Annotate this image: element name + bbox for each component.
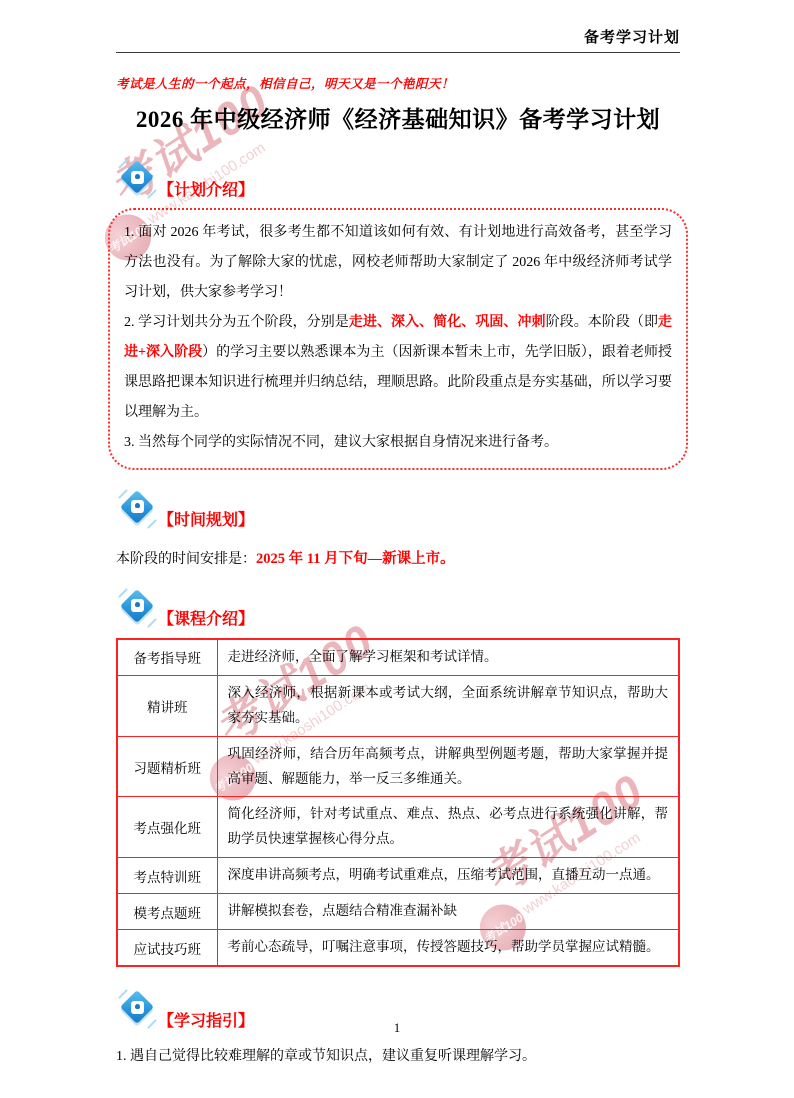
paragraph-3: 3. 当然每个同学的实际情况不同，建议大家根据自身情况来进行备考。 (124, 428, 672, 458)
course-desc: 考前心态疏导，叮嘱注意事项，传授答题技巧，帮助学员掌握应试精髓。 (217, 930, 679, 966)
diamond-section-icon (116, 488, 162, 530)
course-name: 考点强化班 (117, 797, 217, 858)
diamond-section-icon (116, 158, 162, 200)
time-plan-highlight: 2025 年 11 月下旬—新课上市。 (256, 551, 455, 567)
course-name: 模考点题班 (117, 894, 217, 930)
course-name: 备考指导班 (117, 639, 217, 675)
table-row: 模考点题班 讲解模拟套卷，点题结合精准查漏补缺 (117, 894, 679, 930)
study-guide-line: 1. 遇自己觉得比较难理解的章或节知识点，建议重复听课理解学习。 (116, 1045, 680, 1065)
course-desc: 深入经济师，根据新课本或考试大纲，全面系统讲解章节知识点，帮助大家夯实基础。 (217, 675, 679, 736)
page-number: 1 (0, 1021, 794, 1036)
page-header: 备考学习计划 (116, 26, 680, 53)
course-name: 习题精析班 (117, 736, 217, 797)
paragraph-2: 2. 学习计划共分为五个阶段，分别是走进、深入、简化、巩固、冲刺阶段。本阶段（即… (124, 308, 672, 428)
document-page: 考试100 www.kaoshi100.com 考试100 考试100 www.… (0, 0, 794, 1098)
table-row: 精讲班 深入经济师，根据新课本或考试大纲，全面系统讲解章节知识点，帮助大家夯实基… (117, 675, 679, 736)
table-row: 习题精析班 巩固经济师，结合历年高频考点，讲解典型例题考题，帮助大家掌握并提高审… (117, 736, 679, 797)
plan-intro-box: 1. 面对 2026 年考试，很多考生都不知道该如何有效、有计划地进行高效备考，… (108, 208, 688, 470)
motto-text: 考试是人生的一个起点，相信自己，明天又是一个艳阳天！ (116, 74, 680, 92)
document-title: 2026 年中级经济师《经济基础知识》备考学习计划 (116, 101, 680, 134)
course-table: 备考指导班 走进经济师，全面了解学习框架和考试详情。 精讲班 深入经济师，根据新… (116, 638, 680, 968)
paragraph-1: 1. 面对 2026 年考试，很多考生都不知道该如何有效、有计划地进行高效备考，… (124, 218, 672, 308)
table-row: 考点特训班 深度串讲高频考点，明确考试重难点，压缩考试范围，直播互动一点通。 (117, 858, 679, 894)
section-heading: 【计划介绍】 (158, 182, 254, 200)
section-heading: 【课程介绍】 (158, 611, 254, 629)
header-title: 备考学习计划 (584, 29, 680, 46)
course-desc: 深度串讲高频考点，明确考试重难点，压缩考试范围，直播互动一点通。 (217, 858, 679, 894)
course-name: 精讲班 (117, 675, 217, 736)
time-plan-line: 本阶段的时间安排是：2025 年 11 月下旬—新课上市。 (116, 547, 680, 568)
table-row: 应试技巧班 考前心态疏导，叮嘱注意事项，传授答题技巧，帮助学员掌握应试精髓。 (117, 930, 679, 966)
course-desc: 讲解模拟套卷，点题结合精准查漏补缺 (217, 894, 679, 930)
highlight-stages: 走进、深入、简化、巩固、冲刺 (349, 315, 546, 330)
course-name: 考点特训班 (117, 858, 217, 894)
page-content: 备考学习计划 考试是人生的一个起点，相信自己，明天又是一个艳阳天！ 2026 年… (0, 0, 794, 1065)
table-row: 备考指导班 走进经济师，全面了解学习框架和考试详情。 (117, 639, 679, 675)
diamond-section-icon (116, 587, 162, 629)
table-row: 考点强化班 简化经济师，针对考试重点、难点、热点、必考点进行系统强化讲解，帮助学… (117, 797, 679, 858)
section-heading: 【时间规划】 (158, 512, 254, 530)
section-header-courses: 【课程介绍】 (116, 587, 680, 629)
course-name: 应试技巧班 (117, 930, 217, 966)
course-desc: 巩固经济师，结合历年高频考点，讲解典型例题考题，帮助大家掌握并提高审题、解题能力… (217, 736, 679, 797)
course-desc: 走进经济师，全面了解学习框架和考试详情。 (217, 639, 679, 675)
course-desc: 简化经济师，针对考试重点、难点、热点、必考点进行系统强化讲解，帮助学员快速掌握核… (217, 797, 679, 858)
time-plan-prefix: 本阶段的时间安排是： (116, 552, 256, 567)
section-header-plan-intro: 【计划介绍】 (116, 158, 680, 200)
section-header-time-plan: 【时间规划】 (116, 488, 680, 530)
